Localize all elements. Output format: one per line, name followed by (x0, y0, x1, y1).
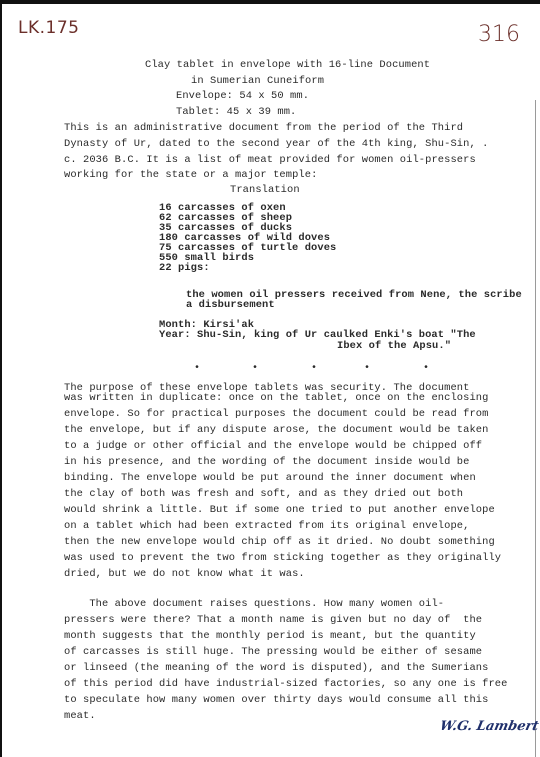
paragraph-line: pressers were there? That a month name i… (64, 615, 482, 626)
paragraph-line: dried, but we do not know what it was. (64, 569, 305, 580)
paragraph-line: binding. The envelope would be put aroun… (64, 473, 476, 484)
paragraph-line: was written in duplicate: once on the ta… (64, 393, 488, 404)
paragraph-line: to a judge or other official and the env… (64, 441, 482, 452)
translation-heading: Translation (230, 185, 300, 196)
title-line-2: in Sumerian Cuneiform (191, 76, 324, 87)
paragraph-line: of carcasses is still huge. The pressing… (64, 647, 482, 658)
scan-top-border (0, 0, 540, 4)
page-number: 316 (478, 22, 520, 47)
separator-dot: • (311, 363, 317, 374)
paragraph-line: meat. (64, 711, 96, 722)
paragraph-line: was used to prevent the two from stickin… (64, 553, 501, 564)
intro-line: working for the state or a major temple: (64, 170, 317, 181)
paragraph-line: in his presence, and the wording of the … (64, 457, 469, 468)
separator-dot: • (252, 363, 258, 374)
catalog-number: LK.175 (18, 18, 79, 38)
paragraph-line: to speculate how many women over thirty … (64, 695, 488, 706)
tablet-dimensions: Tablet: 45 x 39 mm. (176, 107, 296, 118)
paragraph-line: the clay of both was fresh and soft, and… (64, 489, 463, 500)
intro-line: This is an administrative document from … (64, 123, 463, 134)
list-item: 22 pigs: (159, 263, 210, 274)
paragraph-line: envelope. So for practical purposes the … (64, 409, 488, 420)
separator-dot: • (364, 363, 370, 374)
title-line-1: Clay tablet in envelope with 16-line Doc… (145, 60, 430, 71)
signature: W.G. Lambert (438, 719, 540, 734)
paragraph-line: month suggests that the monthly period i… (64, 631, 476, 642)
paragraph-line: then the new envelope would chip off as … (64, 537, 495, 548)
paragraph-line: on a tablet which had been extracted fro… (64, 521, 469, 532)
receipt-line-2: a disbursement (186, 300, 275, 311)
separator-dot: • (423, 363, 429, 374)
intro-line: c. 2036 B.C. It is a list of meat provid… (64, 155, 476, 166)
scan-left-border (0, 0, 2, 757)
paragraph-line: would shrink a little. But if some one t… (64, 505, 495, 516)
paragraph-line: or linseed (the meaning of the word is d… (64, 663, 488, 674)
envelope-dimensions: Envelope: 54 x 50 mm. (176, 91, 309, 102)
year-line-2: Ibex of the Apsu." (337, 341, 451, 352)
intro-line: Dynasty of Ur, dated to the second year … (64, 139, 488, 150)
scan-right-edge (535, 100, 536, 757)
paragraph-line: the envelope, but if any dispute arose, … (64, 425, 488, 436)
separator-dot: • (194, 363, 200, 374)
paragraph-line: of this period did have industrial-sized… (64, 679, 507, 690)
paragraph-line: The above document raises questions. How… (64, 599, 444, 610)
